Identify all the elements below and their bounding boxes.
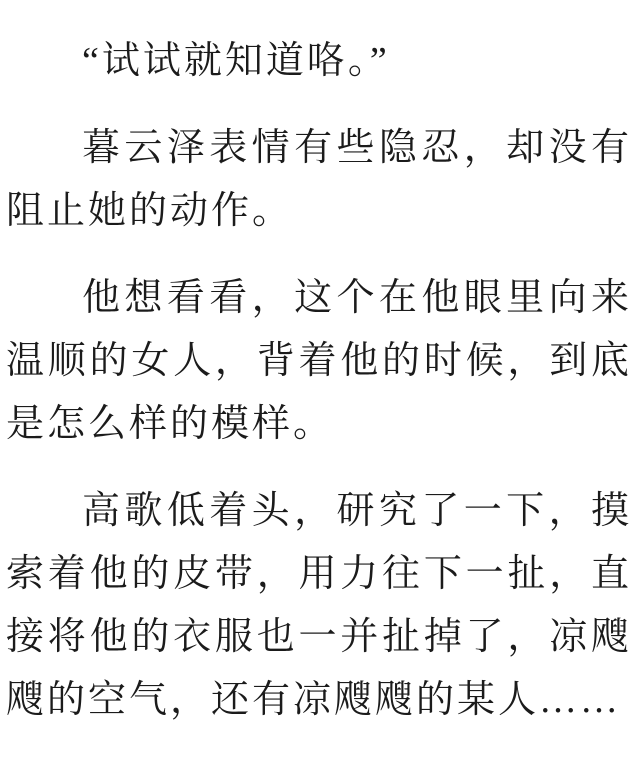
paragraph-dialogue: “试试就知道咯。” [6,30,632,93]
paragraph-4: 高歌低着头，研究了一下，摸索着他的皮带，用力往下一扯，直接将他的衣服也一并扯掉了… [6,480,632,732]
reader-page[interactable]: “试试就知道咯。” 暮云泽表情有些隐忍，却没有阻止她的动作。 他想看看，这个在他… [0,0,640,760]
paragraph-3: 他想看看，这个在他眼里向来温顺的女人，背着他的时候，到底是怎么样的模样。 [6,267,632,456]
paragraph-2: 暮云泽表情有些隐忍，却没有阻止她的动作。 [6,117,632,243]
